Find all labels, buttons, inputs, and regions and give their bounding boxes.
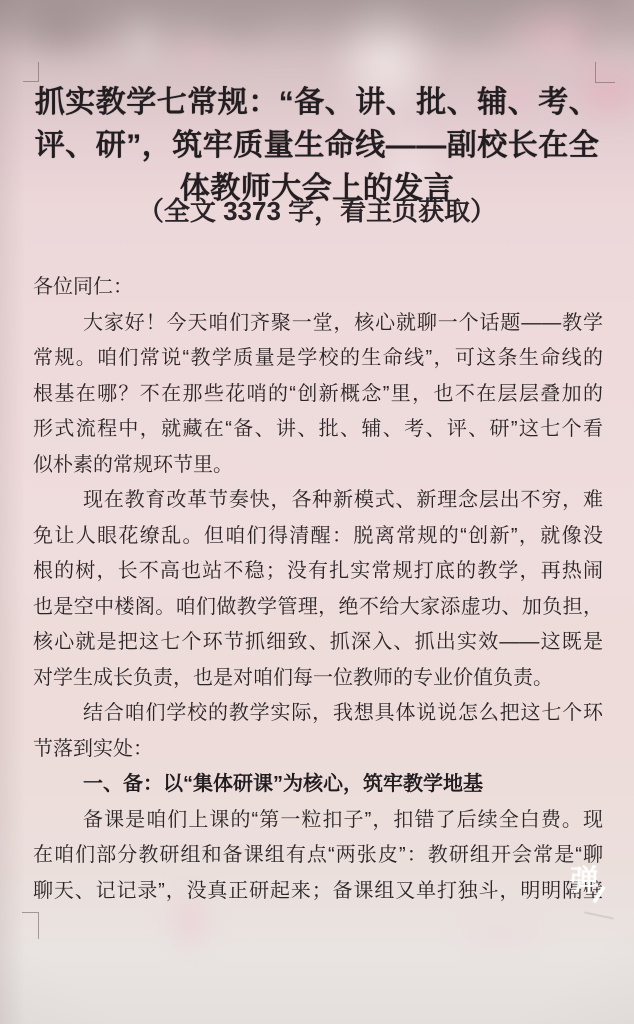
body-line: 免让人眼花缭乱。但咱们得清醒：脱离常规的“创新”，就像没 bbox=[33, 519, 603, 555]
document-body: 各位同仁：大家好！今天咱们齐聚一堂，核心就聊一个话题——教学常规。咱们常说“教学… bbox=[33, 270, 603, 909]
body-line: 根基在哪？不在那些花哨的“创新概念”里，也不在层层叠加的 bbox=[33, 377, 603, 413]
body-line: 现在教育改革节奏快，各种新模式、新理念层出不穷，难 bbox=[33, 483, 603, 519]
section-heading-line: 一、备：以“集体研课”为核心，筑牢教学地基 bbox=[33, 767, 603, 803]
body-line: 在咱们部分教研组和备课组有点“两张皮”：教研组开会常是“聊 bbox=[33, 838, 603, 874]
title-line-2: 评、研”，筑牢质量生命线——副校长在全 bbox=[16, 124, 618, 167]
body-line: 核心就是把这七个环节抓细致、抓深入、抓出实效——这既是 bbox=[33, 625, 603, 661]
body-line: 常规。咱们常说“教学质量是学校的生命线”，可这条生命线的 bbox=[33, 341, 603, 377]
title-line-1: 抓实教学七常规：“备、讲、批、辅、考、 bbox=[16, 81, 618, 124]
body-line: 形式流程中，就藏在“备、讲、批、辅、考、评、研”这七个看 bbox=[33, 412, 603, 448]
body-line: 结合咱们学校的教学实际，我想具体说说怎么把这七个环 bbox=[33, 696, 603, 732]
body-line: 节落到实处： bbox=[33, 732, 603, 768]
danmaku-toggle-fragment[interactable]: 弹 bbox=[570, 864, 630, 910]
document-page: 抓实教学七常规：“备、讲、批、辅、考、 评、研”，筑牢质量生命线——副校长在全 … bbox=[0, 0, 634, 1024]
body-line: 也是空中楼阁。咱们做教学管理，绝不给大家添虚功、加负担， bbox=[33, 590, 603, 626]
body-line: 备课是咱们上课的“第一粒扣子”，扣错了后续全白费。现 bbox=[33, 803, 603, 839]
screenshot-root: 抓实教学七常规：“备、讲、批、辅、考、 评、研”，筑牢质量生命线——副校长在全 … bbox=[0, 0, 634, 1024]
document-title: 抓实教学七常规：“备、讲、批、辅、考、 评、研”，筑牢质量生命线——副校长在全 … bbox=[16, 81, 618, 210]
body-line: 对学生成长负责，也是对咱们每一位教师的专业价值负责。 bbox=[33, 661, 603, 697]
document-subtitle: （全文 3373 字，看主页获取） bbox=[16, 194, 618, 228]
body-line: 各位同仁： bbox=[33, 270, 603, 306]
body-line: 聊天、记记录”，没真正研起来；备课组又单打独斗，明明隔壁 bbox=[33, 874, 603, 910]
body-line: 似朴素的常规环节里。 bbox=[33, 448, 603, 484]
body-line: 大家好！今天咱们齐聚一堂，核心就聊一个话题——教学 bbox=[33, 306, 603, 342]
danmaku-label: 弹 bbox=[570, 865, 599, 897]
body-line: 根的树，长不高也站不稳；没有扎实常规打底的教学，再热闹 bbox=[33, 554, 603, 590]
